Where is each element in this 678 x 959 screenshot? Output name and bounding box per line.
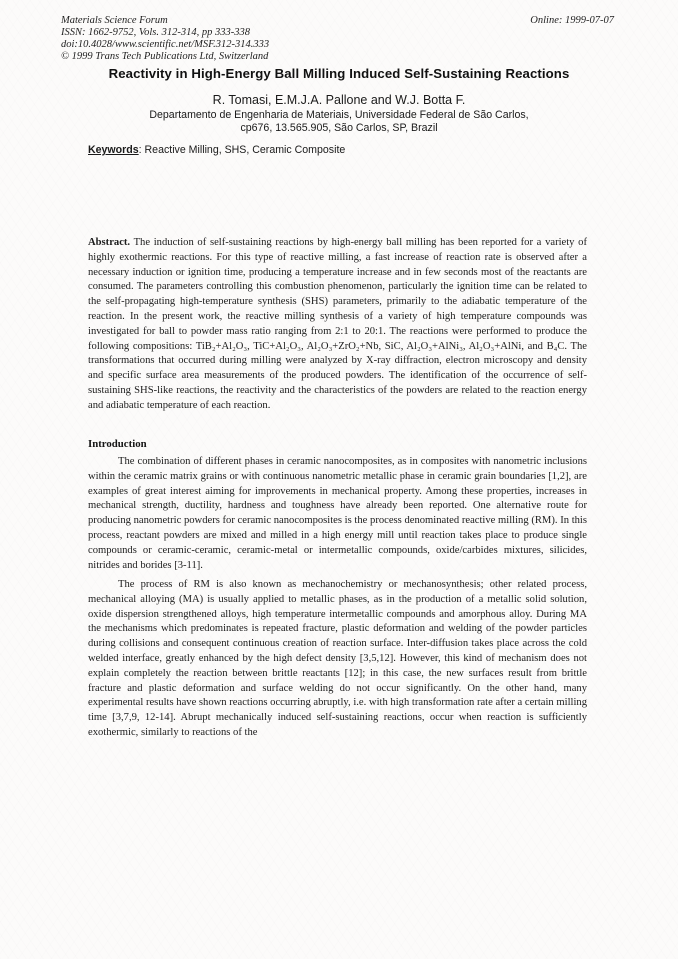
paper-page: Materials Science Forum ISSN: 1662-9752,… bbox=[0, 0, 678, 959]
keywords-line: Keywords: Reactive Milling, SHS, Ceramic… bbox=[88, 144, 593, 156]
journal-name: Materials Science Forum bbox=[61, 15, 269, 27]
abstract-label: Abstract. bbox=[88, 237, 130, 248]
affiliation-line-1: Departamento de Engenharia de Materiais,… bbox=[40, 109, 638, 122]
affiliation-line-2: cp676, 13.565.905, São Carlos, SP, Brazi… bbox=[40, 122, 638, 135]
journal-header: Materials Science Forum ISSN: 1662-9752,… bbox=[61, 15, 614, 63]
introduction-paragraph-2: The process of RM is also known as mecha… bbox=[88, 578, 587, 741]
abstract-text: The induction of self-sustaining reactio… bbox=[88, 237, 587, 411]
authors-line: R. Tomasi, E.M.J.A. Pallone and W.J. Bot… bbox=[40, 93, 638, 107]
introduction-heading: Introduction bbox=[88, 438, 147, 450]
journal-copyright: © 1999 Trans Tech Publications Ltd, Swit… bbox=[61, 51, 269, 63]
journal-issn: ISSN: 1662-9752, Vols. 312-314, pp 333-3… bbox=[61, 27, 269, 39]
abstract-paragraph: Abstract. The induction of self-sustaini… bbox=[88, 236, 587, 414]
paper-title: Reactivity in High-Energy Ball Milling I… bbox=[40, 66, 638, 81]
keywords-label: Keywords bbox=[88, 144, 139, 156]
introduction-paragraph-1: The combination of different phases in c… bbox=[88, 455, 587, 573]
online-date: Online: 1999-07-07 bbox=[530, 15, 614, 27]
keywords-text: : Reactive Milling, SHS, Ceramic Composi… bbox=[139, 144, 346, 156]
affiliation-block: Departamento de Engenharia de Materiais,… bbox=[40, 109, 638, 135]
journal-info-block: Materials Science Forum ISSN: 1662-9752,… bbox=[61, 15, 269, 63]
journal-doi: doi:10.4028/www.scientific.net/MSF.312-3… bbox=[61, 39, 269, 51]
